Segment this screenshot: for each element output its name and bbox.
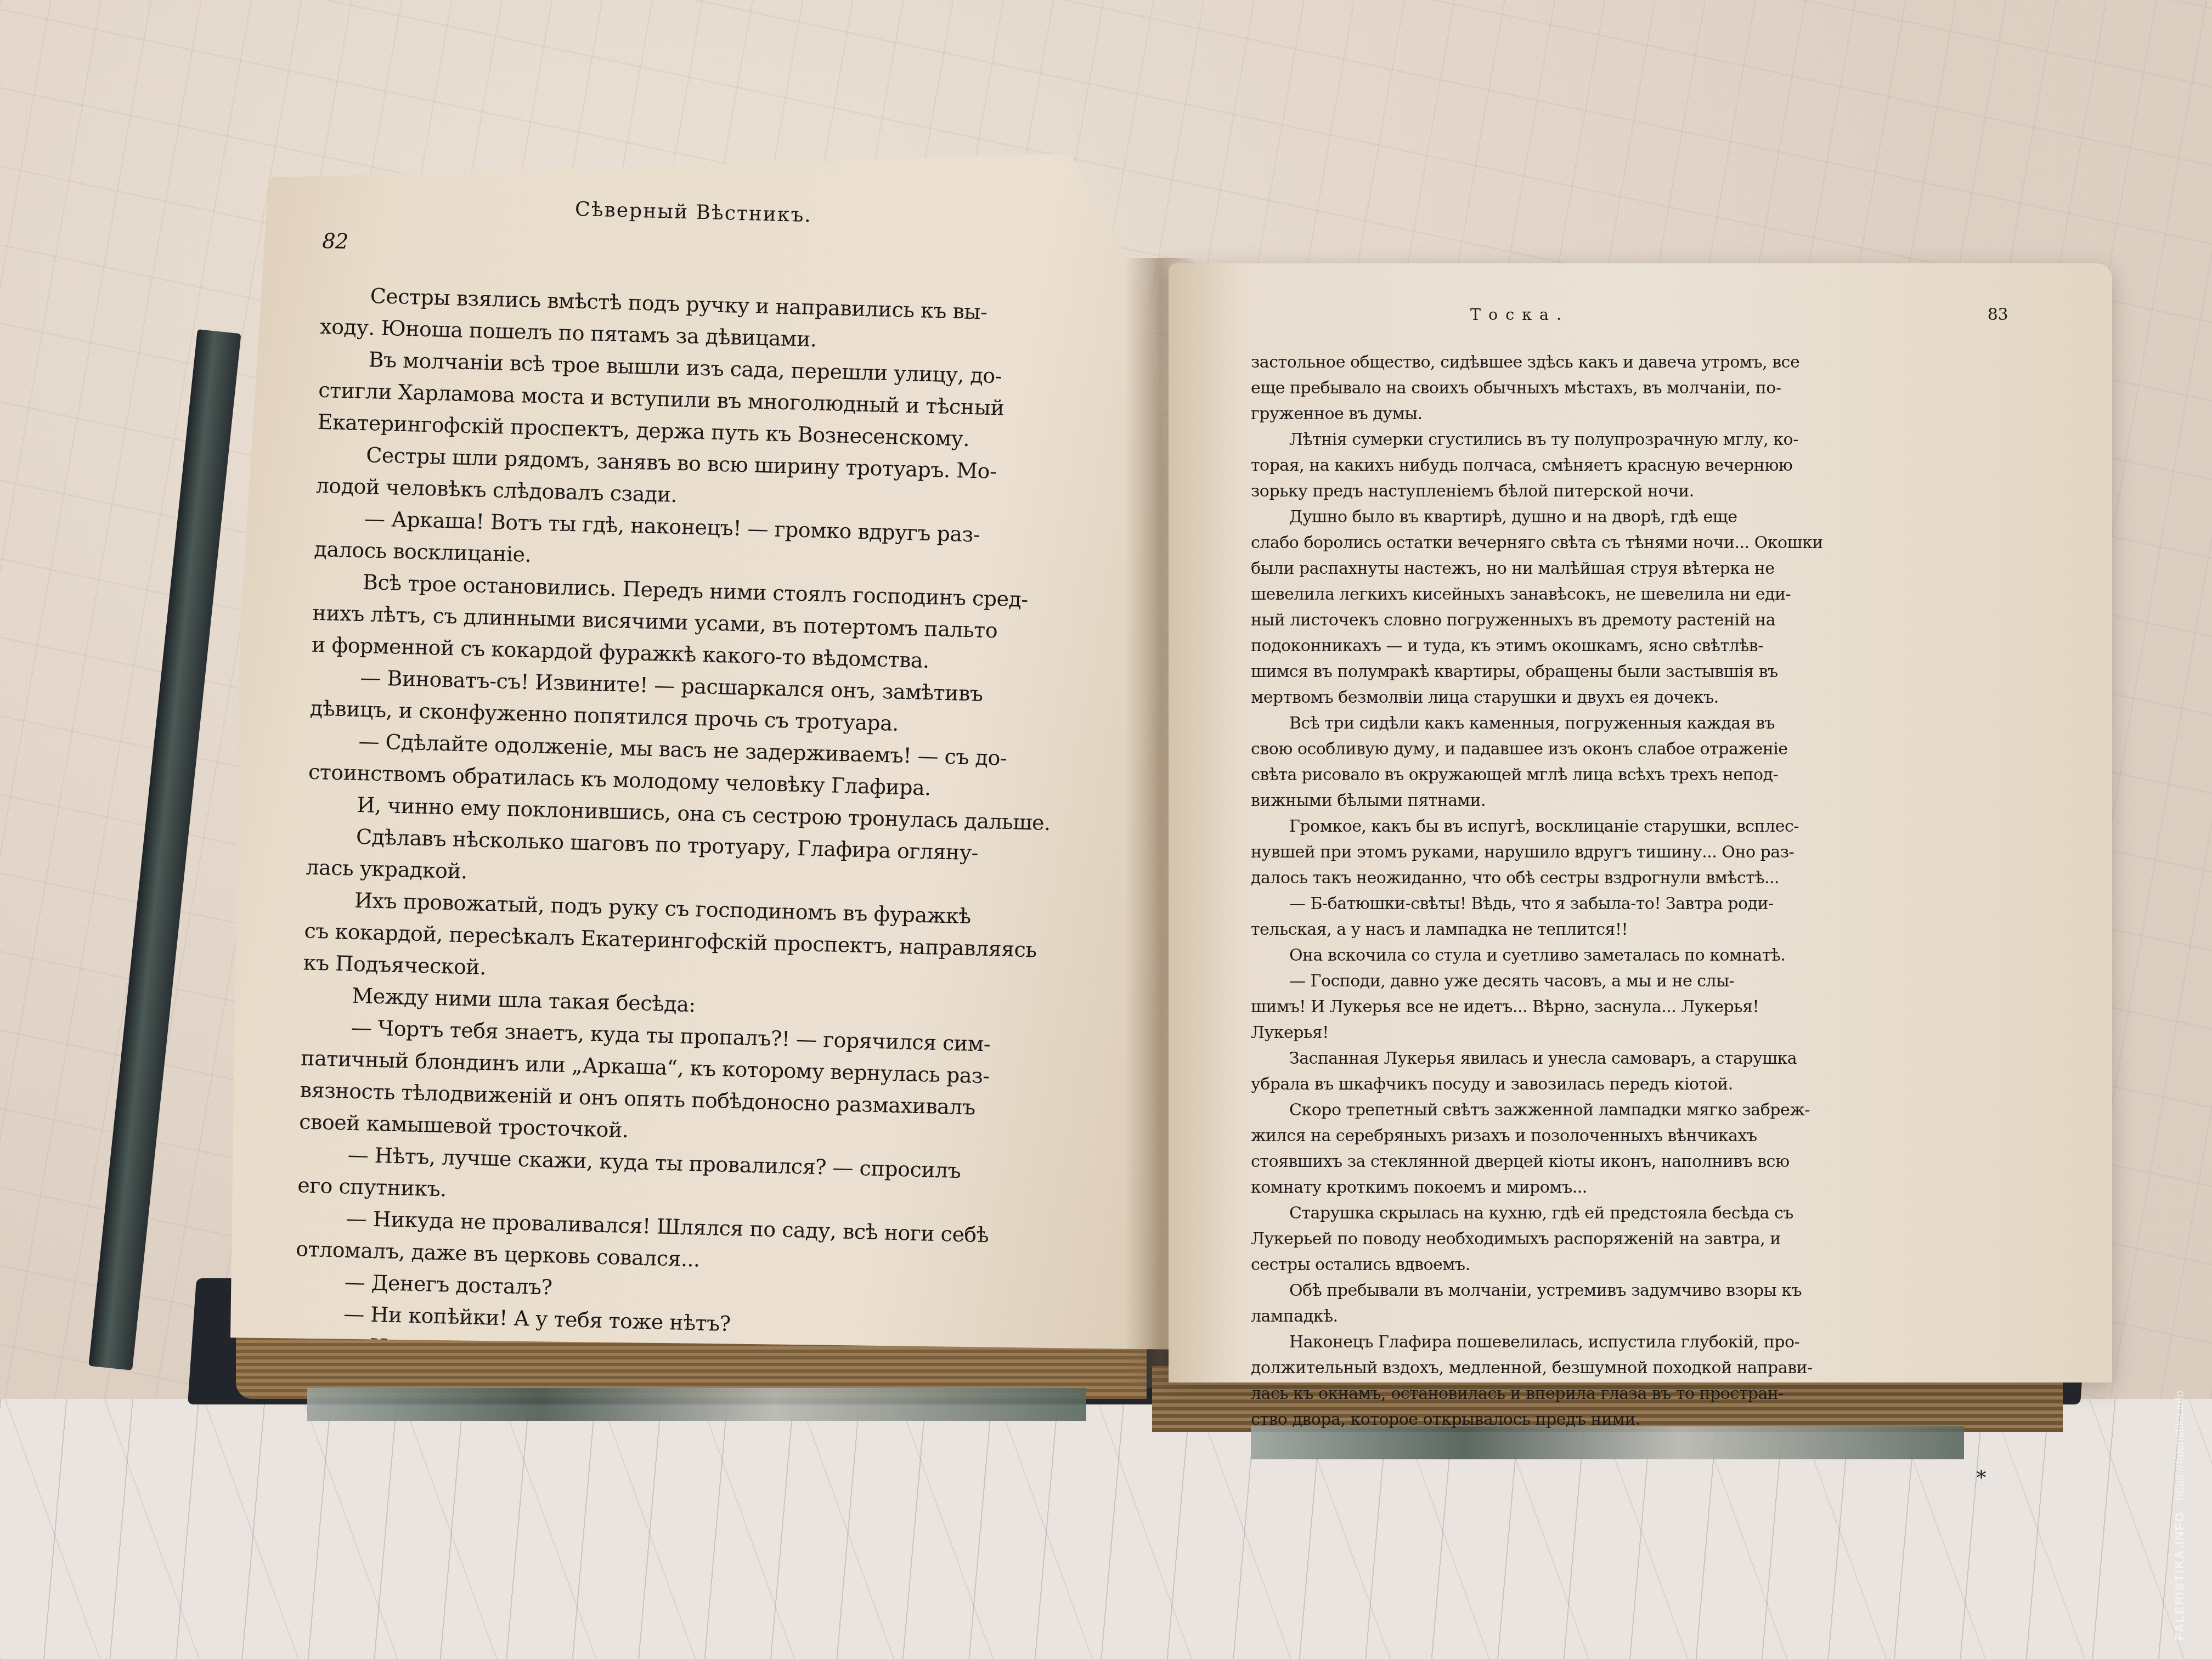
- left-running-head: Сѣверный Вѣстникъ. 82: [323, 187, 1064, 238]
- text-line: Скоро трепетный свѣтъ зажженной лампадки…: [1251, 1097, 2008, 1123]
- text-line: Заспанная Лукерья явилась и унесла самов…: [1251, 1046, 2008, 1071]
- text-line: груженное въ думы.: [1251, 401, 2008, 427]
- text-line: Лѣтнія сумерки сгустились въ ту полупроз…: [1251, 427, 2008, 453]
- text-line: торая, на какихъ нибудь полчаса, смѣняет…: [1251, 453, 2008, 478]
- right-page-text: Тоска. 83 застольное общество, сидѣвшее …: [1251, 302, 2008, 1491]
- text-line: Всѣ три сидѣли какъ каменныя, погруженны…: [1251, 710, 2008, 736]
- watermark-url: https://faleristika.info: [2172, 1390, 2186, 1500]
- text-line: были распахнуты настежъ, но ни малѣйшая …: [1251, 556, 2008, 582]
- text-line: ство двора, которое открывалось предъ ни…: [1251, 1407, 2008, 1432]
- torn-endpaper-left: [307, 1388, 1086, 1421]
- text-line: свѣта рисовало въ окружающей мглѣ лица в…: [1251, 762, 2008, 788]
- story-title: Тоска.: [1470, 302, 1569, 328]
- right-page-body: застольное общество, сидѣвшее здѣсь какъ…: [1251, 349, 2008, 1432]
- text-line: мертвомъ безмолвіи лица старушки и двухъ…: [1251, 685, 2008, 710]
- right-running-head: Тоска. 83: [1251, 302, 2008, 328]
- text-line: Громкое, какъ бы въ испугѣ, восклицаніе …: [1251, 814, 2008, 839]
- text-line: сестры остались вдвоемъ.: [1251, 1252, 2008, 1278]
- text-line: Наконецъ Глафира пошевелилась, испустила…: [1251, 1329, 2008, 1355]
- text-line: свою особливую думу, и падавшее изъ окон…: [1251, 736, 2008, 762]
- text-line: Она вскочила со стула и суетливо заметал…: [1251, 943, 2008, 968]
- text-line: далось такъ неожиданно, что обѣ сестры в…: [1251, 865, 2008, 891]
- text-line: шимъ! И Лукерья все не идетъ... Вѣрно, з…: [1251, 994, 2008, 1020]
- page-number-left: 82: [322, 225, 349, 257]
- left-page-body: Сестры взялись вмѣстѣ подъ ручку и напра…: [290, 279, 1062, 1475]
- text-line: зорьку предъ наступленіемъ бѣлой питерск…: [1251, 478, 2008, 504]
- journal-title: Сѣверный Вѣстникъ.: [574, 193, 812, 231]
- text-line: лампадкѣ.: [1251, 1304, 2008, 1329]
- text-line: Обѣ пребывали въ молчаніи, устремивъ зад…: [1251, 1278, 2008, 1304]
- watermark-brand: FALERISTIKA.INFO: [2172, 1511, 2186, 1640]
- text-line: комнату кроткимъ покоемъ и миромъ...: [1251, 1175, 2008, 1200]
- text-line: застольное общество, сидѣвшее здѣсь какъ…: [1251, 349, 2008, 375]
- text-line: должительный вздохъ, медленной, безшумно…: [1251, 1355, 2008, 1381]
- text-line: — Б-батюшки-свѣты! Вѣдь, что я забыла-то…: [1251, 891, 2008, 917]
- text-line: Лукерьей по поводу необходимыхъ распоряж…: [1251, 1226, 2008, 1252]
- book-spine-edge: [88, 329, 241, 1370]
- text-line: стоявшихъ за стеклянной дверцей кіоты ик…: [1251, 1149, 2008, 1175]
- text-line: убрала въ шкафчикъ посуду и завозилась п…: [1251, 1071, 2008, 1097]
- left-page: Сѣверный Вѣстникъ. 82 Сестры взялись вмѣ…: [230, 154, 1185, 1350]
- watermark: FALERISTIKA.INFO https://faleristika.inf…: [2172, 1390, 2187, 1640]
- text-line: тельская, а у насъ и лампадка не теплитс…: [1251, 917, 2008, 943]
- text-line: — Господи, давно уже десять часовъ, а мы…: [1251, 968, 2008, 994]
- right-page: Тоска. 83 застольное общество, сидѣвшее …: [1169, 263, 2112, 1383]
- section-break-asterisk: *: [1251, 1465, 2008, 1491]
- text-line: вижными бѣлыми пятнами.: [1251, 788, 2008, 814]
- text-line: Старушка скрылась на кухню, гдѣ ей предс…: [1251, 1200, 2008, 1226]
- text-line: Душно было въ квартирѣ, душно и на дворѣ…: [1251, 504, 2008, 530]
- text-line: слабо боролись остатки вечерняго свѣта с…: [1251, 530, 2008, 556]
- text-line: подоконникахъ — и туда, къ этимъ окошкам…: [1251, 633, 2008, 659]
- text-line: шевелила легкихъ кисейныхъ занавѣсокъ, н…: [1251, 582, 2008, 607]
- text-line: нувшей при этомъ руками, нарушило вдругъ…: [1251, 839, 2008, 865]
- text-line: жился на серебряныхъ ризахъ и позолоченн…: [1251, 1123, 2008, 1149]
- text-line: лась къ окнамъ, остановилась и вперила г…: [1251, 1381, 2008, 1407]
- text-line: шимся въ полумракѣ квартиры, обращены бы…: [1251, 659, 2008, 685]
- text-line: Лукерья!: [1251, 1020, 2008, 1046]
- text-line: еще пребывало на своихъ обычныхъ мѣстахъ…: [1251, 375, 2008, 401]
- text-line: ный листочекъ словно погруженныхъ въ дре…: [1251, 607, 2008, 633]
- page-number-right: 83: [1988, 302, 2008, 328]
